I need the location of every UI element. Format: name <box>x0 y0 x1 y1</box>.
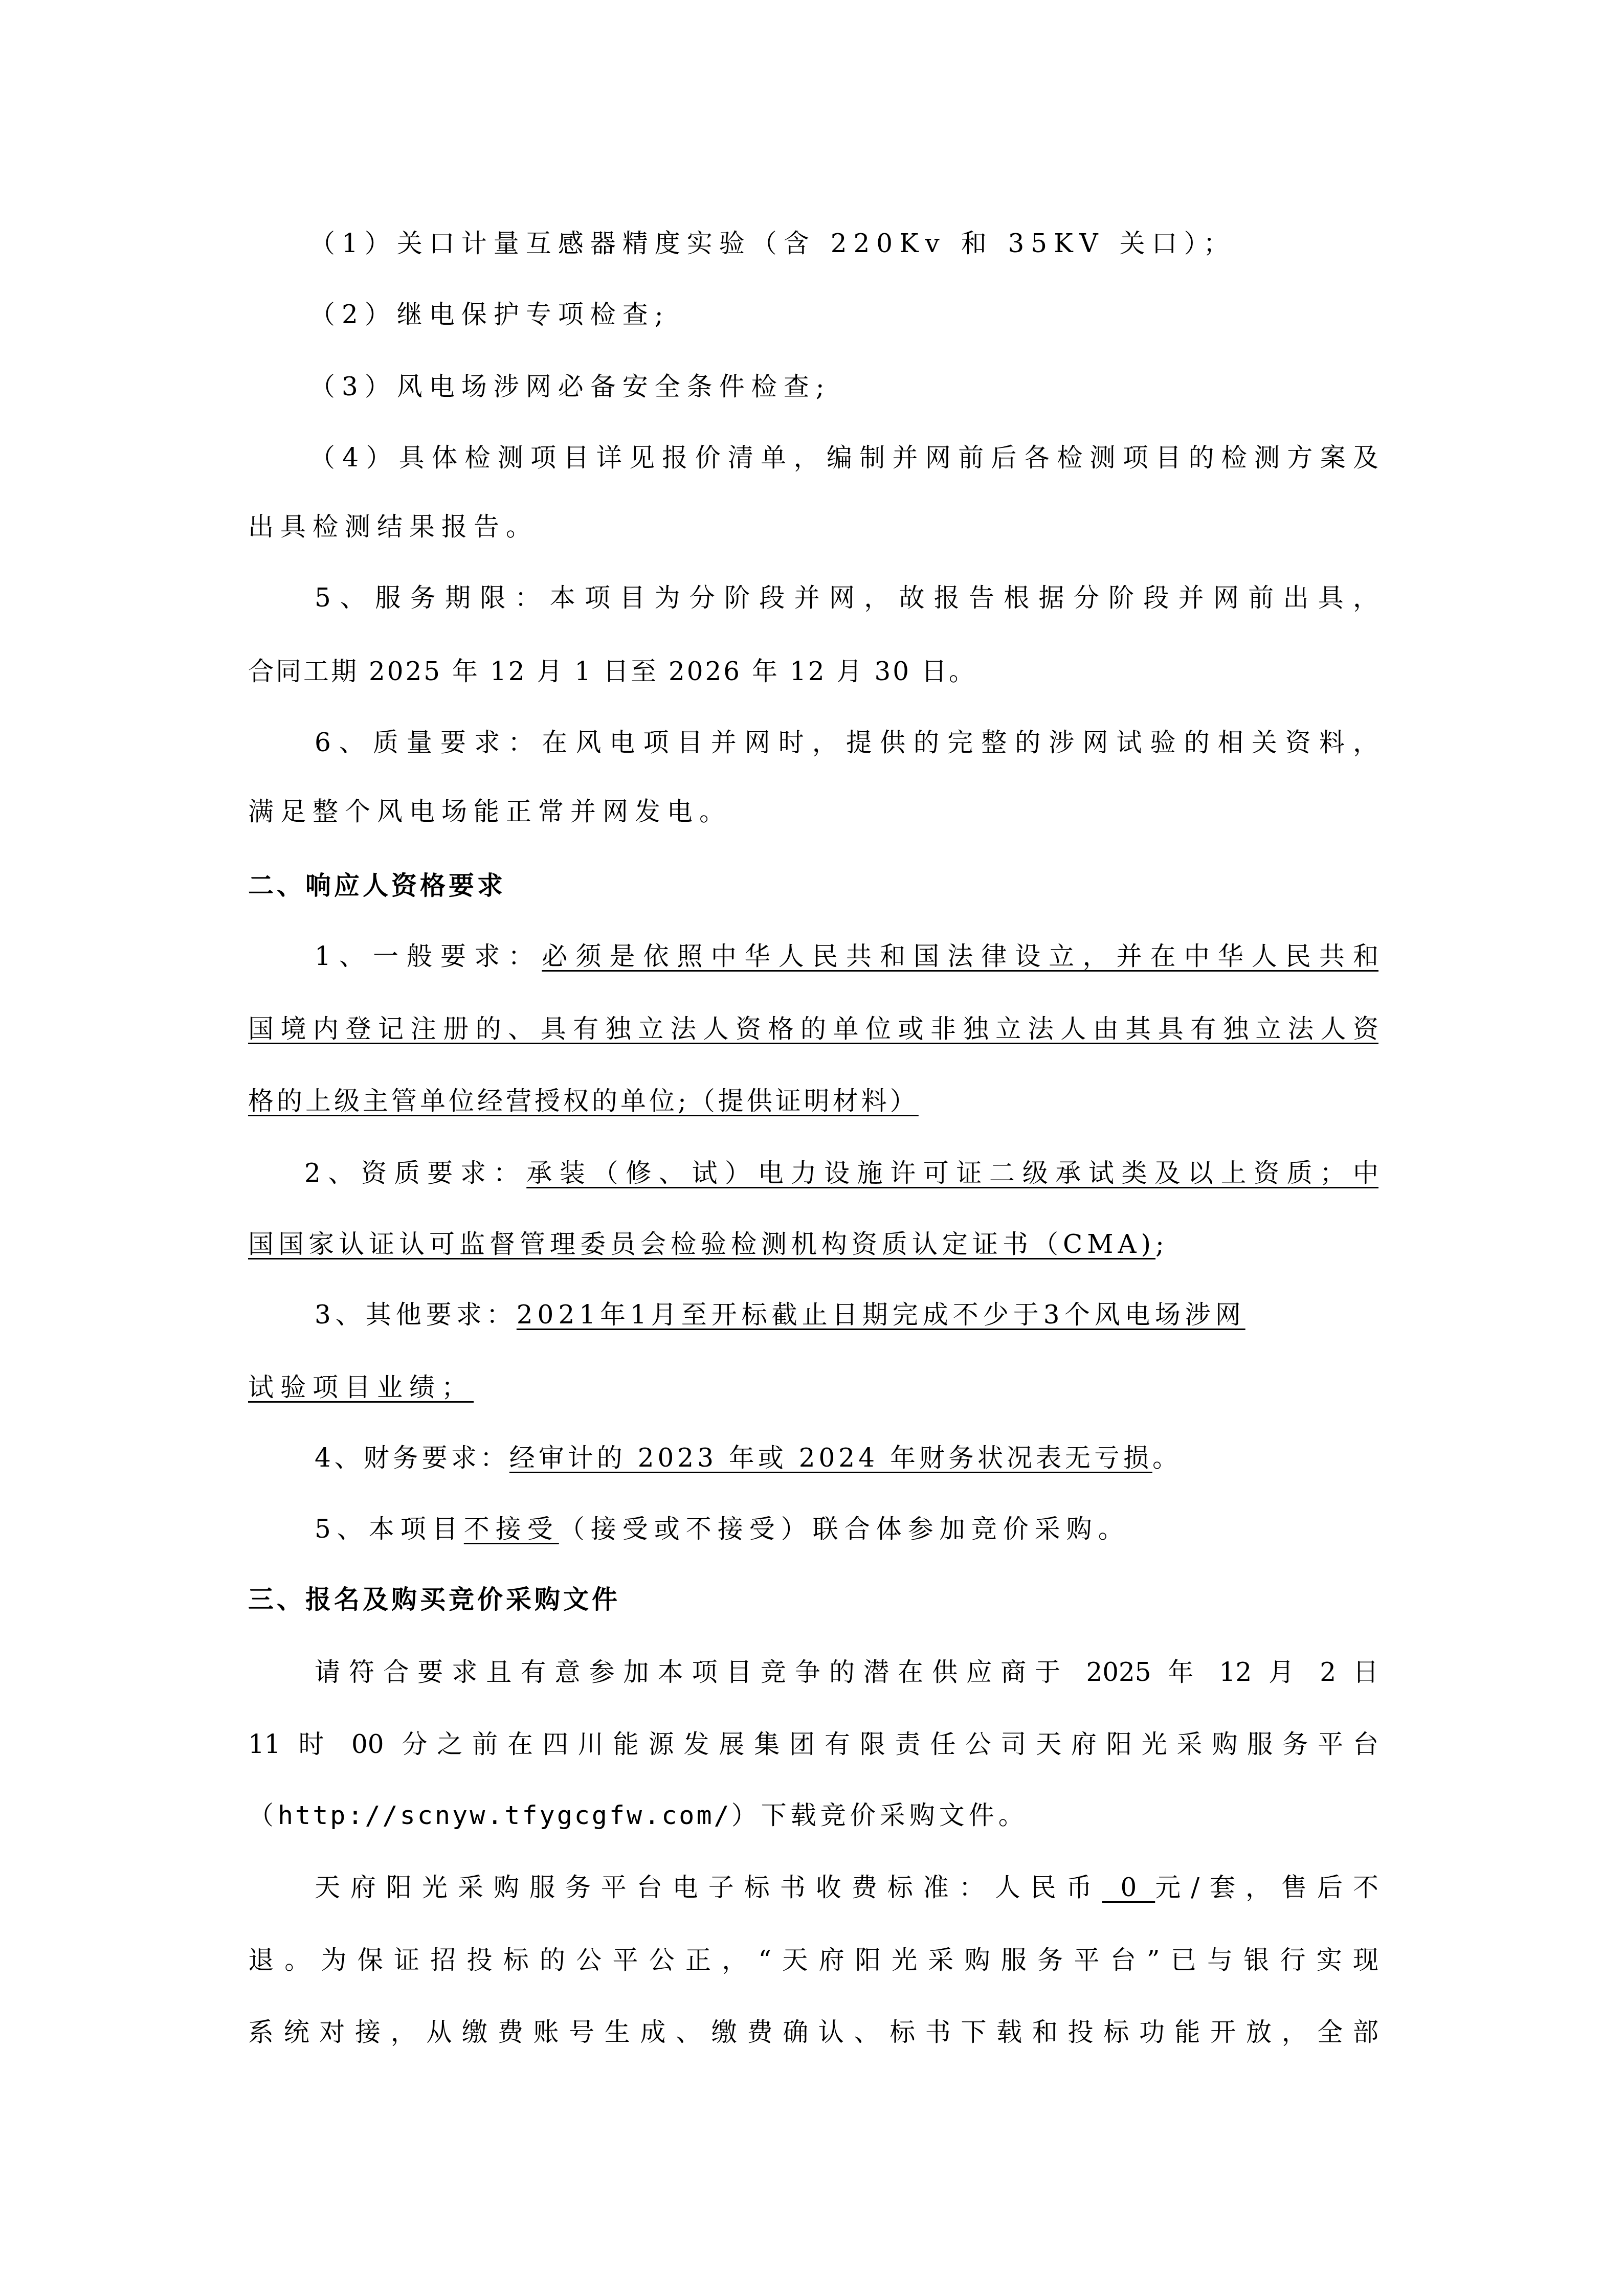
fee-line-3: 系统对接，从缴费账号生成、缴费确认、标书下载和投标功能开放，全部 <box>248 2014 1378 2050</box>
item-2: （2）继电保护专项检查; <box>248 297 1378 332</box>
quality-line-2: 满足整个风电场能正常并网发电。 <box>248 794 1378 829</box>
registration-line-1: 请符合要求且有意参加本项目竞争的潜在供应商于 2025 年 12 月 2 日 <box>248 1654 1378 1690</box>
req-1-label: 1、一般要求： <box>315 941 542 971</box>
item-1: （1）关口计量互感器精度实验（含 220Kv 和 35KV 关口）； <box>248 226 1378 261</box>
req-1-line-1: 1、一般要求：必须是依照中华人民共和国法律设立，并在中华人民共和 <box>248 938 1378 974</box>
req-1-line-3: 格的上级主管单位经营授权的单位;（提供证明材料） <box>248 1083 1378 1119</box>
fee-line-2: 退。为保证招投标的公平公正，“天府阳光采购服务平台”已与银行实现 <box>248 1942 1378 1978</box>
req-1-line-2: 国境内登记注册的、具有独立法人资格的单位或非独立法人由其具有独立法人资 <box>248 1011 1378 1047</box>
section-2-heading: 二、响应人资格要求 <box>248 868 1378 904</box>
item-4-line-1: （4）具体检测项目详见报价清单，编制并网前后各检测项目的检测方案及 <box>248 440 1378 476</box>
req-2-text: 承装（修、试）电力设施许可证二级承试类及以上资质；中 <box>526 1158 1378 1188</box>
req-5-choice: 不接受 <box>464 1514 559 1544</box>
registration-line-3: （http://scnyw.tfygcgfw.com/）下载竞价采购文件。 <box>248 1797 1378 1833</box>
service-period-line-2: 合同工期 2025 年 12 月 1 日至 2026 年 12 月 30 日。 <box>248 654 1378 689</box>
req-5-prefix: 5、本项目 <box>315 1514 464 1544</box>
req-1-text: 必须是依照中华人民共和国法律设立，并在中华人民共和 <box>542 941 1378 971</box>
req-3-text-cont: 试验项目业绩； <box>248 1372 474 1402</box>
fee-value: 0 <box>1102 1873 1155 1902</box>
req-4-label: 4、财务要求： <box>315 1443 509 1473</box>
req-3-text: 2021年1月至开标截止日期完成不少于3个风电场涉网 <box>517 1300 1245 1330</box>
req-3-label: 3、其他要求： <box>315 1300 517 1330</box>
req-1-text-cont: 国境内登记注册的、具有独立法人资格的单位或非独立法人由其具有独立法人资 <box>248 1014 1378 1044</box>
req-5-suffix: （接受或不接受）联合体参加竞价采购。 <box>559 1514 1130 1544</box>
req-1-text-end: 格的上级主管单位经营授权的单位;（提供证明材料） <box>248 1086 919 1116</box>
fee-suffix: 元/套，售后不 <box>1155 1873 1378 1902</box>
req-4-text: 经审计的 2023 年或 2024 年财务状况表无亏损 <box>509 1443 1152 1473</box>
url-close-paren: ）下载竞价采购文件。 <box>731 1800 1028 1830</box>
req-2-line-2: 国国家认证认可监督管理委员会检验检测机构资质认定证书（CMA); <box>248 1226 1378 1262</box>
fee-line-1: 天府阳光采购服务平台电子标书收费标准：人民币 0 元/套，售后不 <box>248 1870 1378 1905</box>
registration-line-2: 11 时 00 分之前在四川能源发展集团有限责任公司天府阳光采购服务平台 <box>248 1726 1378 1762</box>
req-2-text-cont: 国国家认证认可监督管理委员会检验检测机构资质认定证书（CMA) <box>248 1229 1155 1259</box>
fee-prefix: 天府阳光采购服务平台电子标书收费标准：人民币 <box>315 1873 1102 1902</box>
req-4-tail: 。 <box>1152 1443 1182 1473</box>
req-2-label: 2、资质要求： <box>304 1158 526 1188</box>
req-3-line-2: 试验项目业绩； <box>248 1369 1378 1405</box>
req-5-line: 5、本项目不接受（接受或不接受）联合体参加竞价采购。 <box>248 1511 1378 1547</box>
quality-line-1: 6、质量要求：在风电项目并网时，提供的完整的涉网试验的相关资料， <box>248 725 1378 760</box>
req-2-line-1: 2、资质要求：承装（修、试）电力设施许可证二级承试类及以上资质；中 <box>248 1155 1378 1191</box>
url-open-paren: （ <box>248 1800 278 1830</box>
req-4-line: 4、财务要求：经审计的 2023 年或 2024 年财务状况表无亏损。 <box>248 1440 1378 1476</box>
item-4-line-2: 出具检测结果报告。 <box>248 509 1378 545</box>
req-2-tail: ; <box>1155 1229 1169 1259</box>
req-3-line-1: 3、其他要求：2021年1月至开标截止日期完成不少于3个风电场涉网 <box>248 1297 1378 1333</box>
service-period-line-1: 5、服务期限：本项目为分阶段并网，故报告根据分阶段并网前出具， <box>248 580 1378 616</box>
item-3: （3）风电场涉网必备安全条件检查; <box>248 369 1378 404</box>
section-3-heading: 三、报名及购买竞价采购文件 <box>248 1582 1378 1617</box>
platform-url-link[interactable]: http://scnyw.tfygcgfw.com/ <box>278 1800 731 1830</box>
